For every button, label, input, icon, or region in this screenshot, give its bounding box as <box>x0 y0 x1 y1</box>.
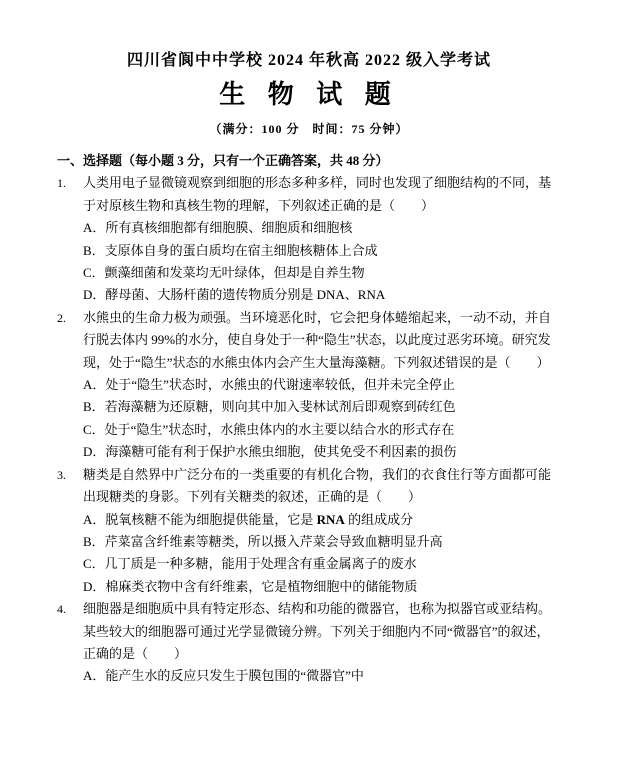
question-4: 4. 细胞器是细胞质中具有特定形态、结构和功能的微器官，也称为拟器官或亚结构。 … <box>57 598 563 688</box>
option-line-c: C．几丁质是一种多糖，能用于处理含有重金属离子的废水 <box>83 553 563 575</box>
option-text-suffix: 的组成成分 <box>345 512 413 527</box>
question-stem-line: 某些较大的细胞器可通过光学显微镜分辨。下列关于细胞内不同“微器官”的叙述， <box>83 621 563 643</box>
option-line-b: B．支原体自身的蛋白质均在宿主细胞核糖体上合成 <box>83 240 563 262</box>
option-line-b: B．若海藻糖为还原糖，则向其中加入斐林试剂后即观察到砖红色 <box>83 396 563 418</box>
option-line-a: A．处于“隐生”状态时，水熊虫的代谢速率较低，但并未完全停止 <box>83 374 563 396</box>
question-stem-line: 人类用电子显微镜观察到细胞的形态多种多样，同时也发现了细胞结构的不同，基 <box>83 172 563 194</box>
question-number: 3. <box>57 464 83 486</box>
question-body: 水熊虫的生命力极为顽强。当环境恶化时，它会把身体蜷缩起来，一动不动，并自 行脱去… <box>83 307 563 464</box>
question-stem-line: 细胞器是细胞质中具有特定形态、结构和功能的微器官，也称为拟器官或亚结构。 <box>83 598 563 620</box>
question-stem-line: 糖类是自然界中广泛分布的一类重要的有机化合物，我们的衣食住行等方面都可能 <box>83 464 563 486</box>
question-list: 1. 人类用电子显微镜观察到细胞的形态多种多样，同时也发现了细胞结构的不同，基 … <box>57 172 563 687</box>
exam-title-line: 四川省阆中中学校 2024 年秋高 2022 级入学考试 <box>0 50 618 72</box>
option-line-c: C．处于“隐生”状态时，水熊虫体内的水主要以结合水的形式存在 <box>83 419 563 441</box>
option-line-a: A．脱氧核糖不能为细胞提供能量，它是 RNA 的组成成分 <box>83 509 563 531</box>
question-stem-line: 出现糖类的身影。下列有关糖类的叙述，正确的是（ ） <box>83 486 563 508</box>
option-text-prefix: A．脱氧核糖不能为细胞提供能量，它是 <box>83 512 317 527</box>
question-3: 3. 糖类是自然界中广泛分布的一类重要的有机化合物，我们的衣食住行等方面都可能 … <box>57 464 563 598</box>
option-line-a: A．能产生水的反应只发生于膜包围的“微器官”中 <box>83 665 563 687</box>
question-stem-line: 于对原核生物和真核生物的理解，下列叙述正确的是（ ） <box>83 195 563 217</box>
question-number: 2. <box>57 307 83 329</box>
option-line-a: A．所有真核细胞都有细胞膜、细胞质和细胞核 <box>83 217 563 239</box>
question-stem-line: 现，处于“隐生”状态的水熊虫体内会产生大量海藻糖。下列叙述错误的是（ ） <box>83 352 563 374</box>
question-stem-line: 行脱去体内 99%的水分，使自身处于一种“隐生”状态，以此度过恶劣环境。研究发 <box>83 329 563 351</box>
question-body: 糖类是自然界中广泛分布的一类重要的有机化合物，我们的衣食住行等方面都可能 出现糖… <box>83 464 563 598</box>
question-number: 4. <box>57 598 83 620</box>
question-stem-line: 正确的是（ ） <box>83 643 563 665</box>
question-stem-line: 水熊虫的生命力极为顽强。当环境恶化时，它会把身体蜷缩起来，一动不动，并自 <box>83 307 563 329</box>
option-line-d: D．酵母菌、大肠杆菌的遗传物质分别是 DNA、RNA <box>83 284 563 306</box>
bold-term-rna: RNA <box>317 512 345 527</box>
question-body: 人类用电子显微镜观察到细胞的形态多种多样，同时也发现了细胞结构的不同，基 于对原… <box>83 172 563 306</box>
score-time-line: （满分：100 分 时间：75 分钟） <box>0 120 618 138</box>
option-line-d: D．海藻糖可能有利于保护水熊虫细胞，使其免受不利因素的损伤 <box>83 441 563 463</box>
option-line-d: D．棉麻类衣物中含有纤维素，它是植物细胞中的储能物质 <box>83 576 563 598</box>
question-1: 1. 人类用电子显微镜观察到细胞的形态多种多样，同时也发现了细胞结构的不同，基 … <box>57 172 563 306</box>
subject-title: 生 物 试 题 <box>0 78 618 112</box>
question-body: 细胞器是细胞质中具有特定形态、结构和功能的微器官，也称为拟器官或亚结构。 某些较… <box>83 598 563 688</box>
question-number: 1. <box>57 172 83 194</box>
paper-header: 四川省阆中中学校 2024 年秋高 2022 级入学考试 生 物 试 题 （满分… <box>0 0 618 138</box>
option-line-b: B．芹菜富含纤维素等糖类，所以摄入芹菜会导致血糖明显升高 <box>83 531 563 553</box>
question-2: 2. 水熊虫的生命力极为顽强。当环境恶化时，它会把身体蜷缩起来，一动不动，并自 … <box>57 307 563 464</box>
option-line-c: C．颤藻细菌和发菜均无叶绿体，但却是自养生物 <box>83 262 563 284</box>
exam-paper-page: 四川省阆中中学校 2024 年秋高 2022 级入学考试 生 物 试 题 （满分… <box>0 0 618 759</box>
section-heading: 一、选择题（每小题 3 分，只有一个正确答案，共 48 分） <box>57 150 618 172</box>
